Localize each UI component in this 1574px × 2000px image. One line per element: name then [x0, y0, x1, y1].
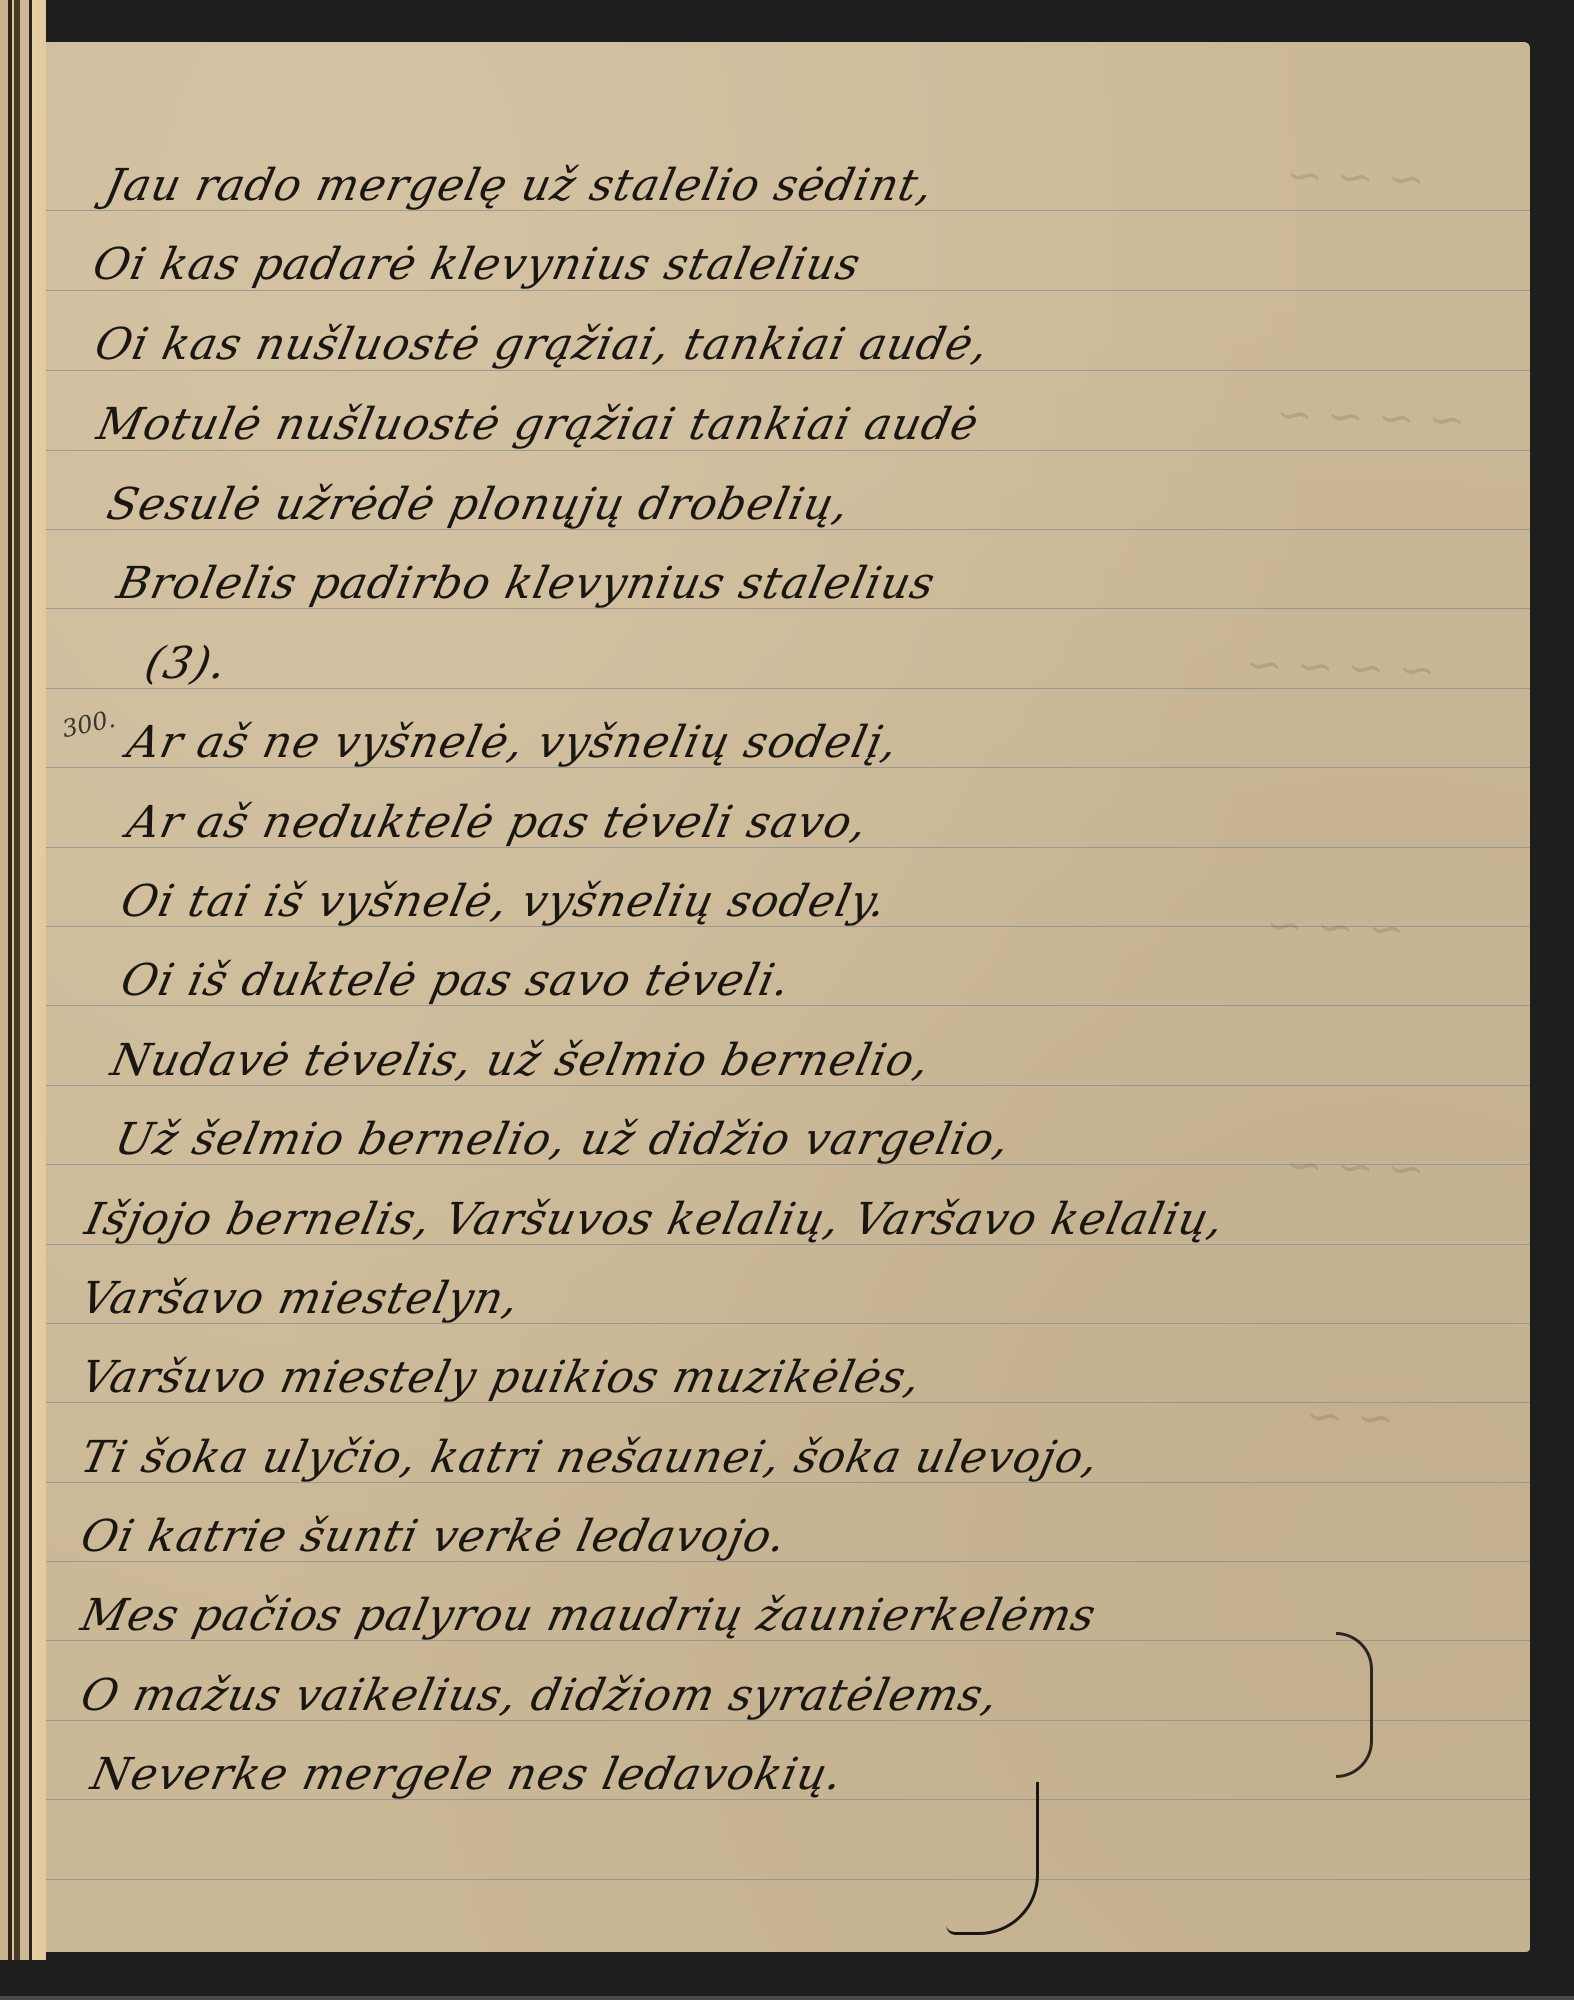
verse-line: Sesulė užrėdė plonųjų drobelių,: [103, 479, 855, 530]
show-through-ink: ~ ~ ~: [1285, 150, 1425, 206]
verse-line: Motulė nušluostė grąžiai tankiai audė: [93, 399, 984, 450]
verse-line: Oi tai iš vyšnelė, vyšnelių sodely.: [117, 876, 892, 927]
verse-line: O mažus vaikelius, didžiom syratėlems,: [77, 1670, 1004, 1721]
ruled-line: [46, 290, 1530, 291]
verse-line: Jau rado mergelę už stalelio sėdint,: [101, 160, 939, 211]
notebook-binding-edge: [0, 0, 46, 1960]
show-through-ink: ~ ~ ~ ~: [1275, 389, 1466, 447]
scan-bottom-strip: [0, 1996, 1574, 2000]
verse-line: Mes pačios palyrou maudrių žaunierkelėms: [77, 1590, 1101, 1641]
verse-line: (3).: [141, 638, 232, 689]
verse-line: Oi iš duktelė pas savo tėveli.: [117, 955, 795, 1006]
ruled-line: [46, 370, 1530, 371]
verse-line: Ar aš neduktelė pas tėveli savo,: [123, 797, 873, 848]
ruled-line: [46, 1879, 1530, 1880]
verse-line: Neverke mergele nes ledavokių.: [87, 1749, 848, 1800]
ruled-line: [46, 450, 1530, 451]
verse-line: Ti šoka ulyčio, katri nešaunei, šoka ule…: [77, 1432, 1104, 1483]
verse-line: Varšavo miestelyn,: [77, 1273, 524, 1324]
show-through-ink: ~ ~ ~: [1285, 1140, 1425, 1196]
verse-line: Oi kas nušluostė grąžiai, tankiai audė,: [91, 319, 994, 370]
verse-line: Brolelis padirbo klevynius stalelius: [113, 558, 940, 609]
ink-flourish: [946, 1782, 1039, 1935]
verse-line: Už šelmio bernelio, už didžio vargelio,: [111, 1114, 1015, 1165]
manuscript-page: ~ ~ ~ ~ ~ ~ ~ ~ ~ ~ ~ ~ ~ ~ ~ ~ ~ ~ ~ 30…: [46, 42, 1530, 1952]
verse-line: Oi kas padarė klevynius stalelius: [89, 239, 866, 290]
show-through-ink: ~ ~ ~ ~: [1245, 639, 1436, 697]
verse-line: Varšuvo miestely puikios muzikėlės,: [77, 1352, 926, 1403]
verse-line: Išjojo bernelis, Varšuvos kelalių, Varša…: [81, 1194, 1229, 1245]
verse-line: Nudavė tėvelis, už šelmio bernelio,: [107, 1035, 935, 1086]
show-through-ink: ~ ~ ~: [1265, 900, 1405, 956]
ink-bracket: [1336, 1632, 1373, 1778]
margin-song-number: 300.: [60, 705, 118, 743]
verse-line: Ar aš ne vyšnelė, vyšnelių sodelį,: [123, 717, 903, 768]
show-through-ink: ~ ~: [1305, 1390, 1394, 1444]
verse-line: Oi katrie šunti verkė ledavojo.: [77, 1511, 791, 1562]
